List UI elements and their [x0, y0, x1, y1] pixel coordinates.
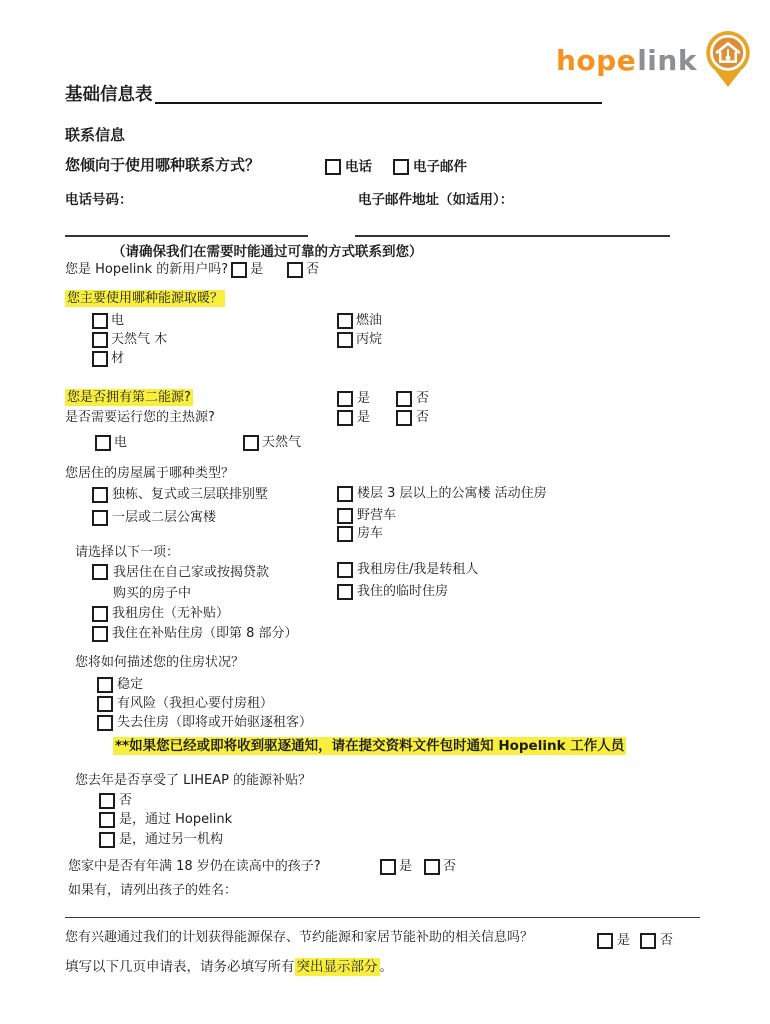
eviction-note-highlighted: **如果您已经或即将收到驱逐通知，请在提交资料文件包时通知 Hopelink 工…	[113, 737, 626, 755]
label-secondary-yes: 是	[357, 390, 370, 408]
instruction-highlight: 突出显示部分	[295, 958, 380, 976]
children-question: 您家中是否有年满 18 岁仍在读高中的孩子?	[68, 858, 321, 876]
children-yes-no-row: 是 否	[380, 858, 456, 876]
label-housing-highrise: 楼层 3 层以上的公寓楼 活动住房	[357, 485, 547, 503]
checkbox-occupancy-own[interactable]	[92, 564, 108, 580]
label-secondary-no: 否	[416, 390, 429, 408]
label-occupancy-subsidized: 我住在补贴住房（即第 8 部分）	[112, 625, 298, 643]
label-children-no: 否	[443, 858, 456, 876]
checkbox-liheap-other[interactable]	[99, 832, 115, 848]
checkbox-housing-rv[interactable]	[337, 526, 353, 542]
email-input-line[interactable]	[355, 235, 670, 237]
label-status-stable: 稳定	[117, 676, 143, 694]
label-fuel-electric: 电	[114, 434, 127, 452]
checkbox-heat-propane[interactable]	[337, 332, 353, 348]
checkbox-mainheat-no[interactable]	[396, 410, 412, 426]
secondary-energy-question: 您是否拥有第二能源?	[65, 389, 193, 406]
logo-text-hope: hope	[556, 47, 636, 75]
liheap-option-other-agency: 是，通过另一机构	[99, 831, 223, 849]
label-heat-propane: 丙烷	[356, 331, 382, 349]
label-heat-electric: 电	[111, 312, 124, 330]
housing-type-question: 您居住的房屋属于哪种类型？	[65, 465, 234, 483]
checkbox-new-user-yes[interactable]	[231, 262, 247, 278]
heat-option-electric: 电	[92, 312, 124, 330]
form-page: hopelink 基础信息表 联系信息 您倾向于使用哪种联系方式？ 电话 电子邮…	[0, 0, 770, 1024]
checkbox-new-user-no[interactable]	[287, 262, 303, 278]
heat-question: 您主要使用哪种能源取暖？	[65, 290, 225, 307]
secondary-yes-no-row: 是 否	[337, 390, 429, 408]
hopelink-logo: hopelink	[556, 30, 752, 92]
checkbox-heat-oil[interactable]	[337, 313, 353, 329]
interest-question: 您有兴趣通过我们的计划获得能源保存、节约能源和家居节能补助的相关信息吗？	[65, 929, 590, 947]
status-option-stable: 稳定	[97, 676, 143, 694]
label-children-yes: 是	[399, 858, 412, 876]
checkbox-occupancy-sublet[interactable]	[337, 562, 353, 578]
housing-option-lowrise: 一层或二层公寓楼	[92, 509, 216, 527]
page-title: 基础信息表	[65, 84, 153, 106]
label-occupancy-own-line1: 我居住在自己家或按揭贷款	[113, 565, 269, 580]
liheap-option-hopelink: 是，通过 Hopelink	[99, 811, 232, 829]
label-contact-email: 电子邮件	[413, 158, 467, 176]
eviction-note: **如果您已经或即将收到驱逐通知，请在提交资料文件包时通知 Hopelink 工…	[113, 737, 626, 755]
occupancy-option-rent: 我租房住（无补贴）	[92, 605, 229, 623]
status-option-at-risk: 有风险（我担心要付房租）	[97, 695, 273, 713]
label-new-user-no: 否	[306, 261, 319, 279]
heat-option-oil: 燃油	[337, 312, 382, 330]
new-user-question: 您是 Hopelink 的新用户吗?	[65, 261, 228, 279]
email-address-label: 电子邮件地址（如适用）：	[358, 191, 513, 209]
checkbox-occupancy-temporary[interactable]	[337, 584, 353, 600]
checkbox-occupancy-rent[interactable]	[92, 606, 108, 622]
label-heat-wood: 材	[111, 350, 124, 368]
secondary-fuel-electric: 电	[95, 434, 127, 452]
instruction-pre: 填写以下几页申请表，请务必填写所有	[65, 959, 295, 975]
checkbox-interest-yes[interactable]	[597, 933, 613, 949]
checkbox-housing-single[interactable]	[92, 487, 108, 503]
interest-yes-no-row: 是 否	[597, 932, 673, 950]
checkbox-housing-camper[interactable]	[337, 508, 353, 524]
heat-option-wood: 材	[92, 350, 124, 368]
checkbox-fuel-gas[interactable]	[243, 435, 259, 451]
occupancy-option-own: 我居住在自己家或按揭贷款 购买的房子中	[92, 562, 269, 604]
title-underline	[155, 102, 603, 104]
checkbox-status-stable[interactable]	[97, 677, 113, 693]
checkbox-housing-lowrise[interactable]	[92, 510, 108, 526]
liheap-question: 您去年是否享受了 LIHEAP 的能源补贴？	[75, 772, 311, 790]
heat-question-highlighted: 您主要使用哪种能源取暖？	[65, 290, 225, 308]
checkbox-status-at-risk[interactable]	[97, 696, 113, 712]
heat-option-gas-wood: 天然气 木	[92, 331, 167, 349]
label-occupancy-own-line2: 购买的房子中	[113, 586, 191, 601]
children-names-input-line[interactable]	[65, 917, 700, 918]
checkbox-secondary-no[interactable]	[396, 391, 412, 407]
housing-option-single: 独栋、复式或三层联排别墅	[92, 486, 268, 504]
occupancy-option-sublet: 我租房住/我是转租人	[337, 561, 478, 579]
label-housing-lowrise: 一层或二层公寓楼	[112, 509, 216, 527]
checkbox-contact-phone[interactable]	[325, 159, 341, 175]
label-status-losing: 失去住房（即将或开始驱逐租客）	[117, 714, 312, 732]
instruction-post: 。	[380, 959, 394, 975]
checkbox-occupancy-subsidized[interactable]	[92, 626, 108, 642]
housing-option-rv: 房车	[337, 525, 383, 543]
form-title-block: 基础信息表	[65, 84, 602, 106]
housing-option-camper: 野营车	[337, 507, 396, 525]
label-status-at-risk: 有风险（我担心要付房租）	[117, 695, 273, 713]
label-contact-phone: 电话	[345, 158, 372, 176]
new-user-row: 您是 Hopelink 的新用户吗? 是 否	[65, 261, 319, 279]
heat-option-propane: 丙烷	[337, 331, 382, 349]
phone-input-line[interactable]	[65, 235, 308, 237]
main-heat-question: 是否需要运行您的主热源?	[65, 409, 215, 427]
contact-pref-phone-option: 电话	[325, 158, 372, 176]
main-heat-yes-no-row: 是 否	[337, 409, 429, 427]
checkbox-liheap-no[interactable]	[99, 793, 115, 809]
label-occupancy-sublet: 我租房住/我是转租人	[357, 561, 478, 579]
label-liheap-hopelink: 是，通过 Hopelink	[119, 811, 232, 829]
secondary-question-highlighted: 您是否拥有第二能源?	[65, 389, 193, 407]
label-occupancy-rent: 我租房住（无补贴）	[112, 605, 229, 623]
label-interest-no: 否	[660, 932, 673, 950]
occupancy-option-temporary: 我住的临时住房	[337, 583, 448, 601]
contact-pref-question: 您倾向于使用哪种联系方式？	[65, 156, 260, 175]
checkbox-status-losing[interactable]	[97, 715, 113, 731]
checkbox-liheap-hopelink[interactable]	[99, 812, 115, 828]
status-question: 您将如何描述您的住房状况？	[75, 654, 244, 672]
label-fuel-gas: 天然气	[262, 434, 301, 452]
fill-instruction: 填写以下几页申请表，请务必填写所有突出显示部分。	[65, 958, 393, 976]
label-housing-single: 独栋、复式或三层联排别墅	[112, 486, 268, 504]
checkbox-fuel-electric[interactable]	[95, 435, 111, 451]
checkbox-heat-electric[interactable]	[92, 313, 108, 329]
label-housing-rv: 房车	[357, 525, 383, 543]
housing-option-highrise: 楼层 3 层以上的公寓楼 活动住房	[337, 485, 547, 503]
home-pin-icon	[704, 30, 752, 92]
label-new-user-yes: 是	[250, 261, 263, 279]
checkbox-interest-no[interactable]	[640, 933, 656, 949]
secondary-fuel-gas: 天然气	[243, 434, 301, 452]
checkbox-heat-wood[interactable]	[92, 351, 108, 367]
checkbox-housing-highrise[interactable]	[337, 486, 353, 502]
checkbox-heat-gas[interactable]	[92, 332, 108, 348]
checkbox-children-yes[interactable]	[380, 859, 396, 875]
phone-number-label: 电话号码：	[65, 191, 133, 209]
checkbox-contact-email[interactable]	[393, 159, 409, 175]
label-heat-gas-wood: 天然气 木	[111, 331, 167, 349]
checkbox-secondary-yes[interactable]	[337, 391, 353, 407]
occupancy-heading: 请选择以下一项：	[75, 544, 179, 562]
checkbox-mainheat-yes[interactable]	[337, 410, 353, 426]
contact-heading: 联系信息	[65, 126, 125, 145]
label-housing-camper: 野营车	[357, 507, 396, 525]
label-occupancy-temporary: 我住的临时住房	[357, 583, 448, 601]
logo-text-link: link	[637, 47, 697, 75]
status-option-losing: 失去住房（即将或开始驱逐租客）	[97, 714, 312, 732]
label-liheap-no: 否	[119, 792, 132, 810]
label-mainheat-no: 否	[416, 409, 429, 427]
reliability-note: （请确保我们在需要时能通过可靠的方式联系到您）	[112, 243, 423, 261]
occupancy-option-subsidized: 我住在补贴住房（即第 8 部分）	[92, 625, 298, 643]
liheap-option-no: 否	[99, 792, 132, 810]
children-names-prompt: 如果有，请列出孩子的姓名：	[68, 882, 237, 900]
checkbox-children-no[interactable]	[424, 859, 440, 875]
label-interest-yes: 是	[617, 932, 630, 950]
label-mainheat-yes: 是	[357, 409, 370, 427]
contact-pref-email-option: 电子邮件	[393, 158, 467, 176]
label-liheap-other: 是，通过另一机构	[119, 831, 223, 849]
label-heat-oil: 燃油	[356, 312, 382, 330]
